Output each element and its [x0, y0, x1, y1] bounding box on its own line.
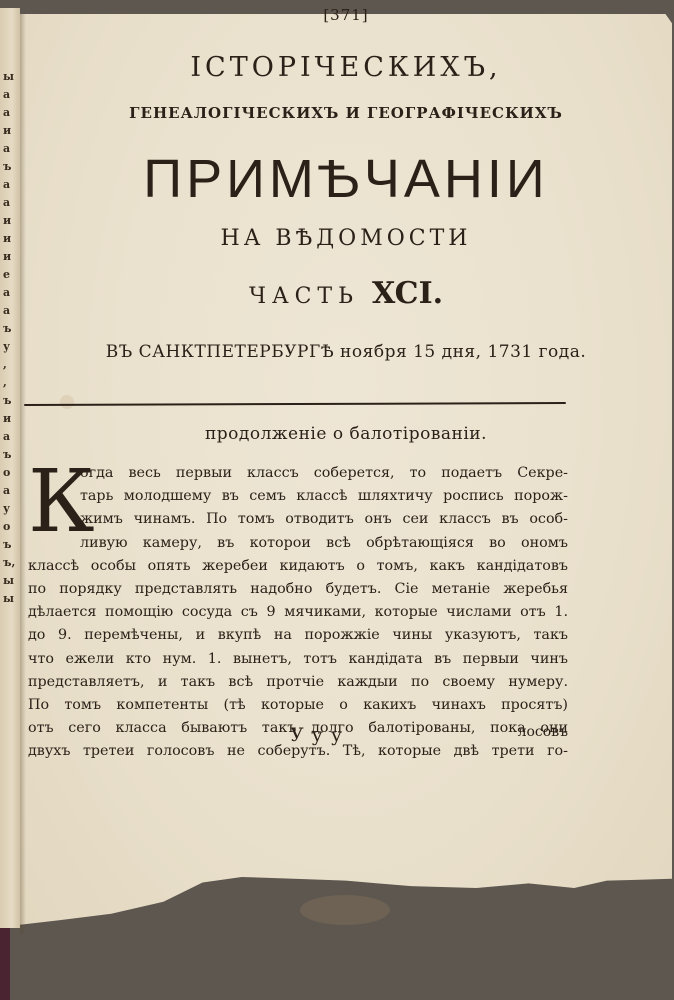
title-notes: ПРИМѢЧАНІИ	[20, 148, 672, 210]
body-text: огда весь первыи классъ соберется, то по…	[28, 462, 568, 764]
book-cover-edge	[0, 928, 10, 1000]
body-line: дѣлается помощію сосуда съ 9 мячиками, к…	[28, 601, 568, 624]
body-line: что ежели кто нум. 1. вынетъ, тотъ канді…	[28, 648, 568, 671]
paper-stain	[60, 395, 74, 409]
dateline: ВЪ САНКТПЕТЕРБУРГѢ ноября 15 дня, 1731 г…	[20, 342, 672, 362]
body-line: огда весь первыи классъ соберется, то по…	[28, 462, 568, 485]
page-number: [371]	[20, 6, 672, 24]
body-line: жимъ чинамъ. По томъ отводитъ онъ сеи кл…	[28, 508, 568, 531]
body-line: по порядку представлять надобно будетъ. …	[28, 578, 568, 601]
facing-page-text-fragments: ы а а и а ъ а а и и и е а а ъ у , , ъ и …	[3, 68, 17, 608]
body-line: представляетъ, и такъ всѣ протчіе каждыи…	[28, 671, 568, 694]
body-line: ливую камеру, въ которои всѣ обрѣтающіяс…	[28, 532, 568, 555]
body-line: классѣ особы опять жеребеи кидаютъ о том…	[28, 555, 568, 578]
paper-stain	[300, 895, 390, 925]
part-number: XCI.	[372, 276, 443, 311]
facing-page-edge: ы а а и а ъ а а и и и е а а ъ у , , ъ и …	[0, 8, 20, 928]
title-historical: ІСТОРІЧЕСКИХЪ,	[20, 52, 672, 83]
signature-mark: Ууу	[220, 724, 420, 746]
title-on-gazette: НА ВѢДОМОСТИ	[20, 226, 672, 251]
title-genealogical-geographical: ГЕНЕАЛОГІЧЕСКИХЪ И ГЕОГРАФІЧЕСКИХЪ	[20, 104, 672, 122]
section-heading: продолженіе о балотірованіи.	[20, 424, 672, 444]
body-line: По томъ компетенты (тѣ которые о какихъ …	[28, 694, 568, 717]
part-heading: ЧАСТЬ XCI.	[20, 276, 672, 311]
part-label: ЧАСТЬ	[249, 284, 359, 309]
catchword: лосовъ	[480, 724, 568, 740]
body-line: до 9. перемѣчены, и вкупѣ на порожжіе чи…	[28, 624, 568, 647]
body-line: тарь молодшему въ семъ классѣ шляхтичу р…	[28, 485, 568, 508]
